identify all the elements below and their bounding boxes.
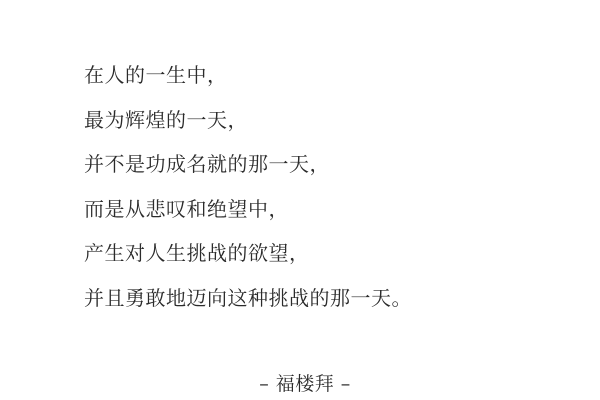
quote-line: 并不是功成名就的那一天， — [84, 153, 412, 175]
quote-line: 最为辉煌的一天， — [84, 109, 412, 131]
quote-line: 产生对人生挑战的欲望， — [84, 242, 412, 264]
quote-line: 并且勇敢地迈向这种挑战的那一天。 — [84, 287, 412, 309]
quote-line: 而是从悲叹和绝望中， — [84, 198, 412, 220]
quote-attribution: – 福楼拜 – — [0, 373, 600, 395]
quote-body: 在人的一生中， 最为辉煌的一天， 并不是功成名就的那一天， 而是从悲叹和绝望中，… — [84, 64, 412, 331]
quote-line: 在人的一生中， — [84, 64, 412, 86]
